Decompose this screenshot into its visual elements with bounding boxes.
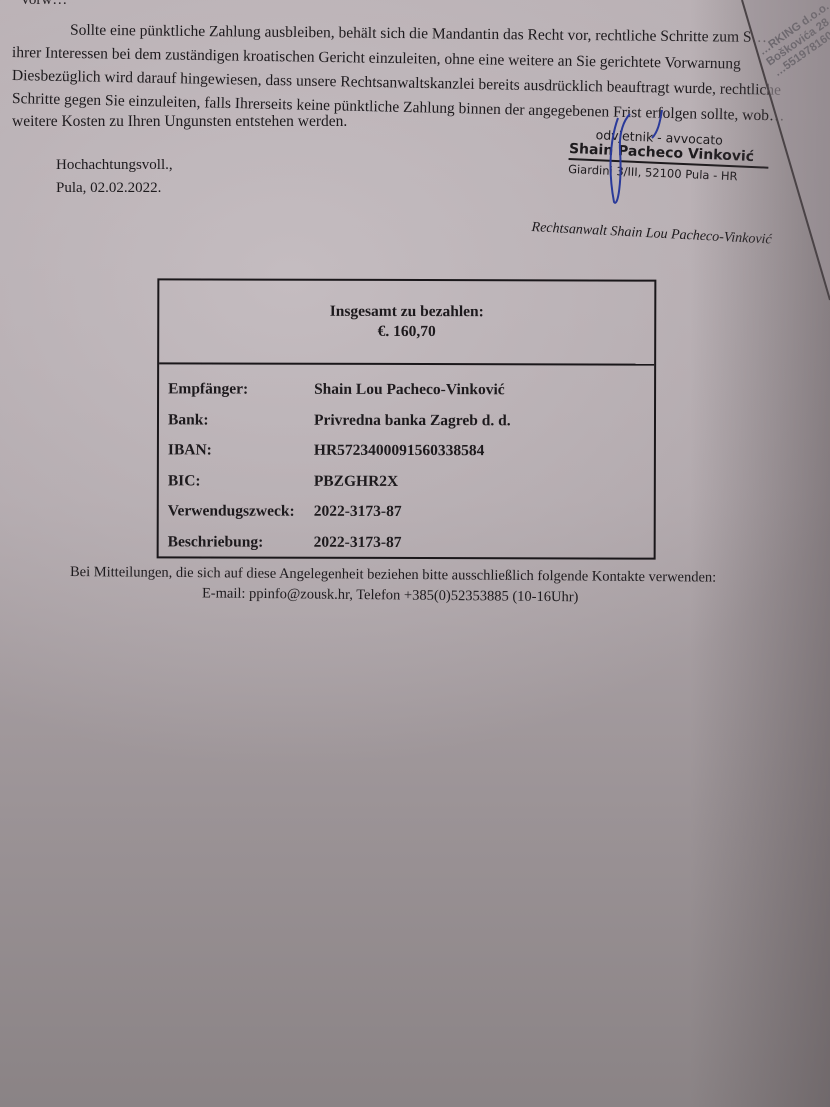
payment-row-purpose: Verwendugszweck: 2022-3173-87 (168, 496, 654, 528)
payment-row-bic: BIC: PBZGHR2X (168, 466, 654, 498)
total-label: Insgesamt zu bezahlen: (159, 301, 654, 322)
signatory-name: Rechtsanwalt Shain Lou Pacheco-Vinković (531, 220, 772, 249)
payment-total: Insgesamt zu bezahlen: €. 160,70 (159, 280, 654, 365)
closing-block: Hochachtungsvoll., Pula, 02.02.2022. (56, 154, 173, 200)
payment-row-description: Beschriebung: 2022-3173-87 (168, 527, 654, 559)
payment-row-iban: IBAN: HR5723400091560338584 (168, 435, 654, 467)
payment-rows: Empfänger: Shain Lou Pacheco-Vinković Ba… (159, 364, 655, 558)
lawyer-stamp: odvjetnik - avvocato Shain Pacheco Vinko… (568, 126, 770, 185)
total-amount: €. 160,70 (159, 321, 654, 342)
payment-row-recipient: Empfänger: Shain Lou Pacheco-Vinković (168, 374, 654, 406)
warning-paragraph: Sollte eine pünktliche Zahlung ausbleibe… (12, 18, 772, 133)
cut-off-text-line: Vorw… (20, 0, 67, 9)
payment-details-box: Insgesamt zu bezahlen: €. 160,70 Empfäng… (157, 278, 657, 559)
contact-info: Bei Mitteilungen, die sich auf diese Ang… (70, 562, 790, 602)
place-date: Pula, 02.02.2022. (56, 177, 173, 200)
paper-page: Vorw… Sollte eine pünktliche Zahlung aus… (0, 0, 830, 1107)
salutation: Hochachtungsvoll., (56, 154, 173, 177)
payment-row-bank: Bank: Privredna banka Zagreb d. d. (168, 405, 654, 437)
